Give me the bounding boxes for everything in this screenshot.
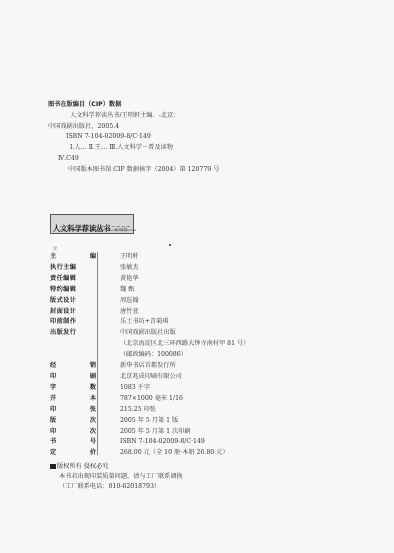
credit-row: 责任编辑黄艳华	[50, 274, 249, 285]
credit-label-part: 次	[90, 416, 96, 427]
credit-value: 2005 年 5 月第 1 版	[110, 416, 178, 427]
credit-label-part: 本	[90, 394, 96, 405]
credit-row: （邮政编码：100086）	[50, 350, 249, 361]
credit-value: （北京海淀区北三环西路大钟寺南村甲 81 号）	[110, 339, 249, 350]
credit-label-part: 编	[90, 252, 96, 263]
series-logo-box: 人文科学荐读丛书何谓哲学 The recommendatory series o…	[50, 214, 134, 234]
cip-line: Ⅳ.C49	[48, 154, 219, 165]
cip-line: 中国戏剧出版社，2005.4	[48, 122, 219, 133]
cip-line: 中国版本图书馆 CIP 数据核字（2004）第 120779 号	[48, 165, 219, 176]
credit-row: 经销新华书店首都发行所	[50, 361, 249, 372]
credit-row: 书号ISBN 7-104-02009-8/C·149	[50, 437, 249, 448]
credit-label-part: 字	[50, 383, 56, 394]
credit-value: 2005 年 5 月第 1 次印刷	[110, 427, 191, 438]
credit-label: 字数	[50, 383, 110, 394]
credit-value: 215.25 印张	[110, 405, 156, 416]
credit-label: 责任编辑	[50, 274, 110, 285]
credit-label: 印张	[50, 405, 110, 416]
credit-row: 特约编辑魏 甄	[50, 285, 249, 296]
credit-label: 出版发行	[50, 328, 110, 339]
cip-title: 图书在版编目（CIP）数据	[48, 100, 219, 111]
credit-value: 张敏杰	[110, 263, 139, 274]
credit-label-part: 出版发行	[50, 328, 76, 339]
credit-row: 印张215.25 印张	[50, 405, 249, 416]
credit-row: 封面设计唐竹萱	[50, 307, 249, 318]
credit-value: 268.00 元（全 10 册·本册 26.80 元）	[110, 448, 229, 459]
credit-label: 经销	[50, 361, 110, 372]
credit-label: 印刷	[50, 372, 110, 383]
credit-row: 字数1083 千字	[50, 383, 249, 394]
credit-label-part: 书	[50, 437, 56, 448]
credit-label-part: 印前制作	[50, 317, 76, 328]
credit-value: 1083 千字	[110, 383, 150, 394]
credit-label	[50, 339, 110, 350]
square-bullet-icon	[50, 464, 56, 469]
credit-label-part: 特约编辑	[50, 285, 76, 296]
quality-notice: 本书若出现印装质量问题，请与工厂联系调换	[50, 472, 183, 482]
credits-table: 主编王明軒执行主编张敏杰责任编辑黄艳华特约编辑魏 甄版式设计周巡翰封面设计唐竹萱…	[50, 252, 249, 459]
credit-label-part: 号	[90, 437, 96, 448]
credit-value: 乐土书坊+青菊琪	[110, 317, 169, 328]
credit-label-part: 印	[50, 405, 56, 416]
credit-label	[50, 350, 110, 361]
credit-label-part: 版式设计	[50, 296, 76, 307]
copyright-line: 版权所有 侵权必究	[50, 462, 183, 472]
credit-label: 印次	[50, 427, 110, 438]
credit-row: 开本787×1000 毫米 1/16	[50, 394, 249, 405]
credit-label-part: 主	[50, 252, 56, 263]
credit-row: 出版发行中国戏剧出版社出版	[50, 328, 249, 339]
decorative-dot	[169, 244, 171, 246]
credit-label-part: 执行主编	[50, 263, 76, 274]
factory-contact: （工厂联系电话：010-62018793）	[50, 482, 183, 492]
credit-label-part: 印	[50, 427, 56, 438]
credit-label: 版次	[50, 416, 110, 427]
credit-label-part: 定	[50, 448, 56, 459]
credit-row: 印刷北京兆成印刷有限公司	[50, 372, 249, 383]
credit-label: 定价	[50, 448, 110, 459]
credit-value: （邮政编码：100086）	[110, 350, 187, 361]
credit-value: 北京兆成印刷有限公司	[110, 372, 182, 383]
footer-block: 版权所有 侵权必究 本书若出现印装质量问题，请与工厂联系调换 （工厂联系电话：0…	[50, 462, 183, 492]
credit-label-part: 责任编辑	[50, 274, 76, 285]
credit-row: 主编王明軒	[50, 252, 249, 263]
credit-label-part: 版	[50, 416, 56, 427]
credit-value: 魏 甄	[110, 285, 134, 296]
series-english-title: The recommendatory series of literae hum…	[60, 226, 130, 232]
credit-label: 版式设计	[50, 296, 110, 307]
credit-row: （北京海淀区北三环西路大钟寺南村甲 81 号）	[50, 339, 249, 350]
credit-row: 执行主编张敏杰	[50, 263, 249, 274]
credit-value: 周巡翰	[110, 296, 139, 307]
credit-value: 黄艳华	[110, 274, 139, 285]
credit-label-part: 价	[90, 448, 96, 459]
credit-value: ISBN 7-104-02009-8/C·149	[110, 437, 205, 448]
credit-value: 新华书店首都发行所	[110, 361, 176, 372]
credit-label: 封面设计	[50, 307, 110, 318]
credit-label-part: 刷	[90, 372, 96, 383]
credit-label-part: 次	[90, 427, 96, 438]
credit-row: 定价268.00 元（全 10 册·本册 26.80 元）	[50, 448, 249, 459]
credit-label-part: 销	[90, 361, 96, 372]
cip-line: Ⅰ.人… Ⅱ.王… Ⅲ.人文科学－普及读物	[48, 143, 219, 154]
credit-label-part: 开	[50, 394, 56, 405]
credit-value: 中国戏剧出版社出版	[110, 328, 176, 339]
credit-label: 书号	[50, 437, 110, 448]
credit-label: 特约编辑	[50, 285, 110, 296]
credit-label: 主编	[50, 252, 110, 263]
credit-row: 印次2005 年 5 月第 1 次印刷	[50, 427, 249, 438]
credit-label-part: 印	[50, 372, 56, 383]
credit-value: 787×1000 毫米 1/16	[110, 394, 183, 405]
credit-label-part: 封面设计	[50, 307, 76, 318]
copyright-text: 版权所有 侵权必究	[57, 463, 108, 470]
credit-row: 版式设计周巡翰	[50, 296, 249, 307]
credit-value: 王明軒	[110, 252, 139, 263]
credit-label-part: 张	[90, 405, 96, 416]
credit-row: 印前制作乐土书坊+青菊琪	[50, 317, 249, 328]
credit-value: 唐竹萱	[110, 307, 139, 318]
cip-line: 人文科学荐读丛书/王明軒主编．-北京：	[48, 111, 219, 122]
credit-label: 开本	[50, 394, 110, 405]
cip-line: ISBN 7-104-02009-8/C·149	[48, 132, 219, 143]
credit-label: 印前制作	[50, 317, 110, 328]
cip-block: 图书在版编目（CIP）数据 人文科学荐读丛书/王明軒主编．-北京： 中国戏剧出版…	[48, 100, 219, 176]
credit-row: 版次2005 年 5 月第 1 版	[50, 416, 249, 427]
credit-label-part: 经	[50, 361, 56, 372]
credit-label-part: 数	[90, 383, 96, 394]
credit-label: 执行主编	[50, 263, 110, 274]
